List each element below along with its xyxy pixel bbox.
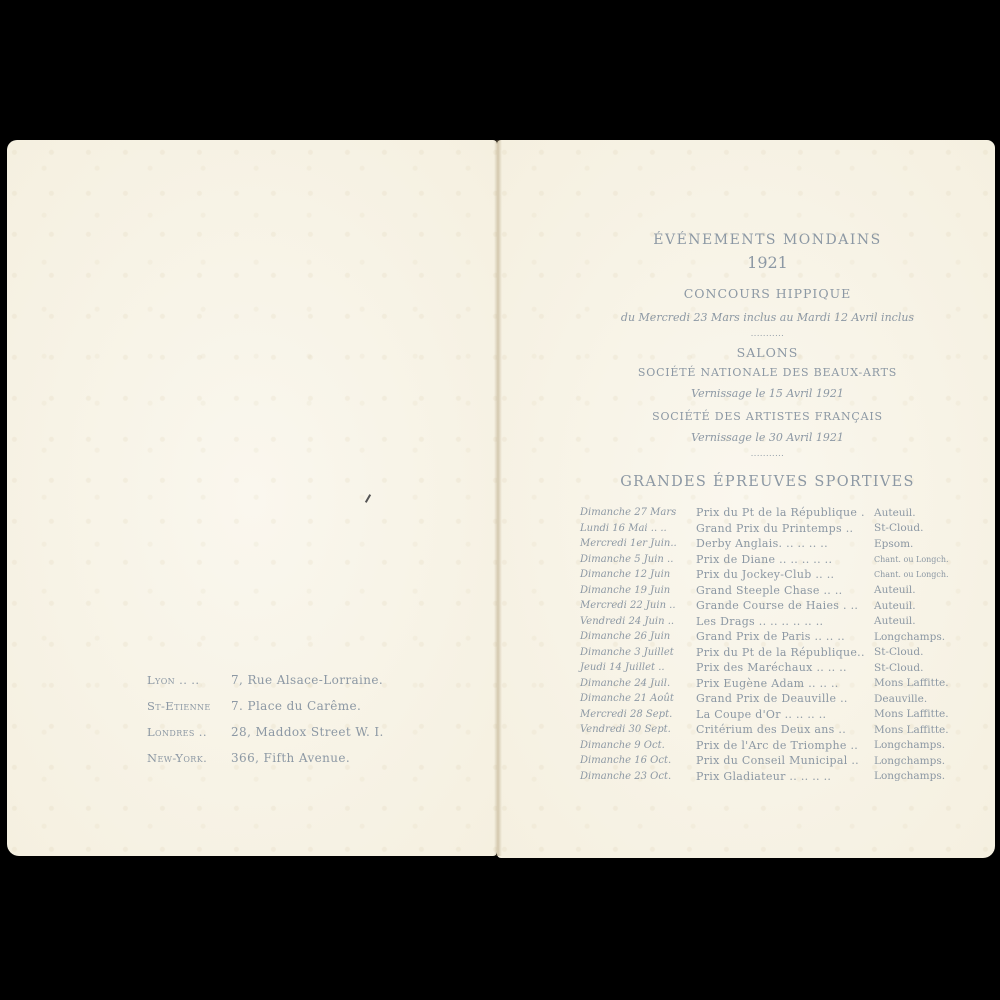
address-city: New-York. bbox=[147, 751, 231, 765]
race-venue: Chant. ou Longch. bbox=[874, 555, 949, 564]
race-name: Grand Prix de Paris .. .. .. bbox=[696, 630, 874, 643]
race-name: Critérium des Deux ans .. bbox=[696, 723, 874, 736]
page-fold bbox=[494, 140, 502, 856]
race-name: Prix Gladiateur .. .. .. .. bbox=[696, 770, 874, 783]
address-city: Londres .. bbox=[147, 725, 231, 739]
salons-heading: SALONS bbox=[540, 345, 995, 360]
race-row: Mercredi 28 Sept.La Coupe d'Or .. .. .. … bbox=[580, 707, 970, 723]
race-date: Mercredi 1er Juin.. bbox=[580, 538, 696, 549]
race-row: Vendredi 30 Sept.Critérium des Deux ans … bbox=[580, 722, 970, 738]
race-row: Dimanche 24 Juil.Prix Eugène Adam .. .. … bbox=[580, 676, 970, 692]
race-row: Dimanche 3 JuilletPrix du Pt de la Répub… bbox=[580, 645, 970, 661]
race-date: Dimanche 26 Juin bbox=[580, 631, 696, 642]
address-row: Londres ..28, Maddox Street W. I. bbox=[147, 719, 447, 745]
salon-name: SOCIÉTÉ NATIONALE DES BEAUX-ARTS bbox=[540, 366, 995, 379]
race-venue: St-Cloud. bbox=[874, 662, 924, 674]
address-row: New-York.366, Fifth Avenue. bbox=[147, 745, 447, 771]
address-row: St-Etienne7. Place du Carême. bbox=[147, 693, 447, 719]
race-name: Grand Prix du Printemps .. bbox=[696, 522, 874, 535]
race-date: Mercredi 28 Sept. bbox=[580, 709, 696, 720]
race-date: Dimanche 9 Oct. bbox=[580, 740, 696, 751]
race-date: Vendredi 30 Sept. bbox=[580, 724, 696, 735]
race-table: Dimanche 27 MarsPrix du Pt de la Républi… bbox=[580, 505, 970, 784]
race-name: Prix de l'Arc de Triomphe .. bbox=[696, 739, 874, 752]
address-list: Lyon .. ..7, Rue Alsace-Lorraine.St-Etie… bbox=[147, 667, 447, 771]
race-row: Jeudi 14 Juillet ..Prix des Maréchaux ..… bbox=[580, 660, 970, 676]
salon-vernissage: Vernissage le 30 Avril 1921 bbox=[540, 431, 995, 444]
race-name: Grand Steeple Chase .. .. bbox=[696, 584, 874, 597]
race-name: La Coupe d'Or .. .. .. .. bbox=[696, 708, 874, 721]
concours-heading: CONCOURS HIPPIQUE bbox=[540, 286, 995, 301]
address-street: 7, Rue Alsace-Lorraine. bbox=[231, 673, 383, 687]
page-year: 1921 bbox=[540, 253, 995, 272]
race-name: Prix du Conseil Municipal .. bbox=[696, 754, 874, 767]
race-name: Grande Course de Haies . .. bbox=[696, 599, 874, 612]
salon-vernissage: Vernissage le 15 Avril 1921 bbox=[540, 387, 995, 400]
race-row: Dimanche 12 JuinPrix du Jockey-Club .. .… bbox=[580, 567, 970, 583]
race-name: Prix Eugène Adam .. .. .. bbox=[696, 677, 874, 690]
race-venue: Deauville. bbox=[874, 693, 927, 705]
race-venue: Longchamps. bbox=[874, 770, 945, 782]
race-date: Dimanche 5 Juin .. bbox=[580, 554, 696, 565]
race-venue: Auteuil. bbox=[874, 507, 916, 519]
race-name: Prix du Jockey-Club .. .. bbox=[696, 568, 874, 581]
race-venue: Longchamps. bbox=[874, 755, 945, 767]
address-street: 28, Maddox Street W. I. bbox=[231, 725, 384, 739]
salon-name: SOCIÉTÉ DES ARTISTES FRANÇAIS bbox=[540, 410, 995, 423]
race-date: Dimanche 21 Août bbox=[580, 693, 696, 704]
race-row: Dimanche 16 Oct.Prix du Conseil Municipa… bbox=[580, 753, 970, 769]
address-city: St-Etienne bbox=[147, 699, 231, 713]
race-row: Dimanche 9 Oct.Prix de l'Arc de Triomphe… bbox=[580, 738, 970, 754]
sports-heading: GRANDES ÉPREUVES SPORTIVES bbox=[540, 474, 995, 490]
race-row: Dimanche 19 JuinGrand Steeple Chase .. .… bbox=[580, 583, 970, 599]
race-venue: Longchamps. bbox=[874, 739, 945, 751]
race-date: Lundi 16 Mai .. .. bbox=[580, 523, 696, 534]
race-name: Les Drags .. .. .. .. .. .. bbox=[696, 615, 874, 628]
race-venue: Mons Laffitte. bbox=[874, 708, 949, 720]
race-venue: Epsom. bbox=[874, 538, 913, 550]
race-name: Derby Anglais. .. .. .. .. bbox=[696, 537, 874, 550]
race-date: Vendredi 24 Juin .. bbox=[580, 616, 696, 627]
race-venue: Longchamps. bbox=[874, 631, 945, 643]
address-city: Lyon .. .. bbox=[147, 673, 231, 687]
race-date: Dimanche 24 Juil. bbox=[580, 678, 696, 689]
race-row: Dimanche 5 Juin ..Prix de Diane .. .. ..… bbox=[580, 552, 970, 568]
race-venue: St-Cloud. bbox=[874, 646, 924, 658]
race-date: Dimanche 16 Oct. bbox=[580, 755, 696, 766]
race-name: Prix du Pt de la République.. bbox=[696, 646, 874, 659]
race-row: Dimanche 26 JuinGrand Prix de Paris .. .… bbox=[580, 629, 970, 645]
race-date: Dimanche 12 Juin bbox=[580, 569, 696, 580]
race-venue: Mons Laffitte. bbox=[874, 677, 949, 689]
race-row: Dimanche 21 AoûtGrand Prix de Deauville … bbox=[580, 691, 970, 707]
race-row: Dimanche 23 Oct.Prix Gladiateur .. .. ..… bbox=[580, 769, 970, 785]
race-name: Prix du Pt de la République . bbox=[696, 506, 874, 519]
race-date: Dimanche 19 Juin bbox=[580, 585, 696, 596]
race-row: Dimanche 27 MarsPrix du Pt de la Républi… bbox=[580, 505, 970, 521]
concours-dates: du Mercredi 23 Mars inclus au Mardi 12 A… bbox=[540, 311, 995, 324]
address-street: 7. Place du Carême. bbox=[231, 699, 361, 713]
race-venue: St-Cloud. bbox=[874, 522, 924, 534]
separator: ........... bbox=[540, 449, 995, 458]
race-date: Dimanche 3 Juillet bbox=[580, 647, 696, 658]
race-row: Lundi 16 Mai .. ..Grand Prix du Printemp… bbox=[580, 521, 970, 537]
race-date: Jeudi 14 Juillet .. bbox=[580, 662, 696, 673]
race-date: Dimanche 27 Mars bbox=[580, 507, 696, 518]
race-date: Mercredi 22 Juin .. bbox=[580, 600, 696, 611]
page-title: ÉVÉNEMENTS MONDAINS bbox=[540, 232, 995, 248]
race-venue: Auteuil. bbox=[874, 584, 916, 596]
race-venue: Auteuil. bbox=[874, 615, 916, 627]
race-date: Dimanche 23 Oct. bbox=[580, 771, 696, 782]
race-row: Mercredi 22 Juin ..Grande Course de Haie… bbox=[580, 598, 970, 614]
address-street: 366, Fifth Avenue. bbox=[231, 751, 350, 765]
race-venue: Chant. ou Longch. bbox=[874, 570, 949, 579]
race-venue: Mons Laffitte. bbox=[874, 724, 949, 736]
race-name: Prix de Diane .. .. .. .. .. bbox=[696, 553, 874, 566]
race-row: Vendredi 24 Juin ..Les Drags .. .. .. ..… bbox=[580, 614, 970, 630]
race-name: Grand Prix de Deauville .. bbox=[696, 692, 874, 705]
address-row: Lyon .. ..7, Rue Alsace-Lorraine. bbox=[147, 667, 447, 693]
separator: ........... bbox=[540, 329, 995, 338]
race-venue: Auteuil. bbox=[874, 600, 916, 612]
race-row: Mercredi 1er Juin..Derby Anglais. .. .. … bbox=[580, 536, 970, 552]
race-name: Prix des Maréchaux .. .. .. bbox=[696, 661, 874, 674]
